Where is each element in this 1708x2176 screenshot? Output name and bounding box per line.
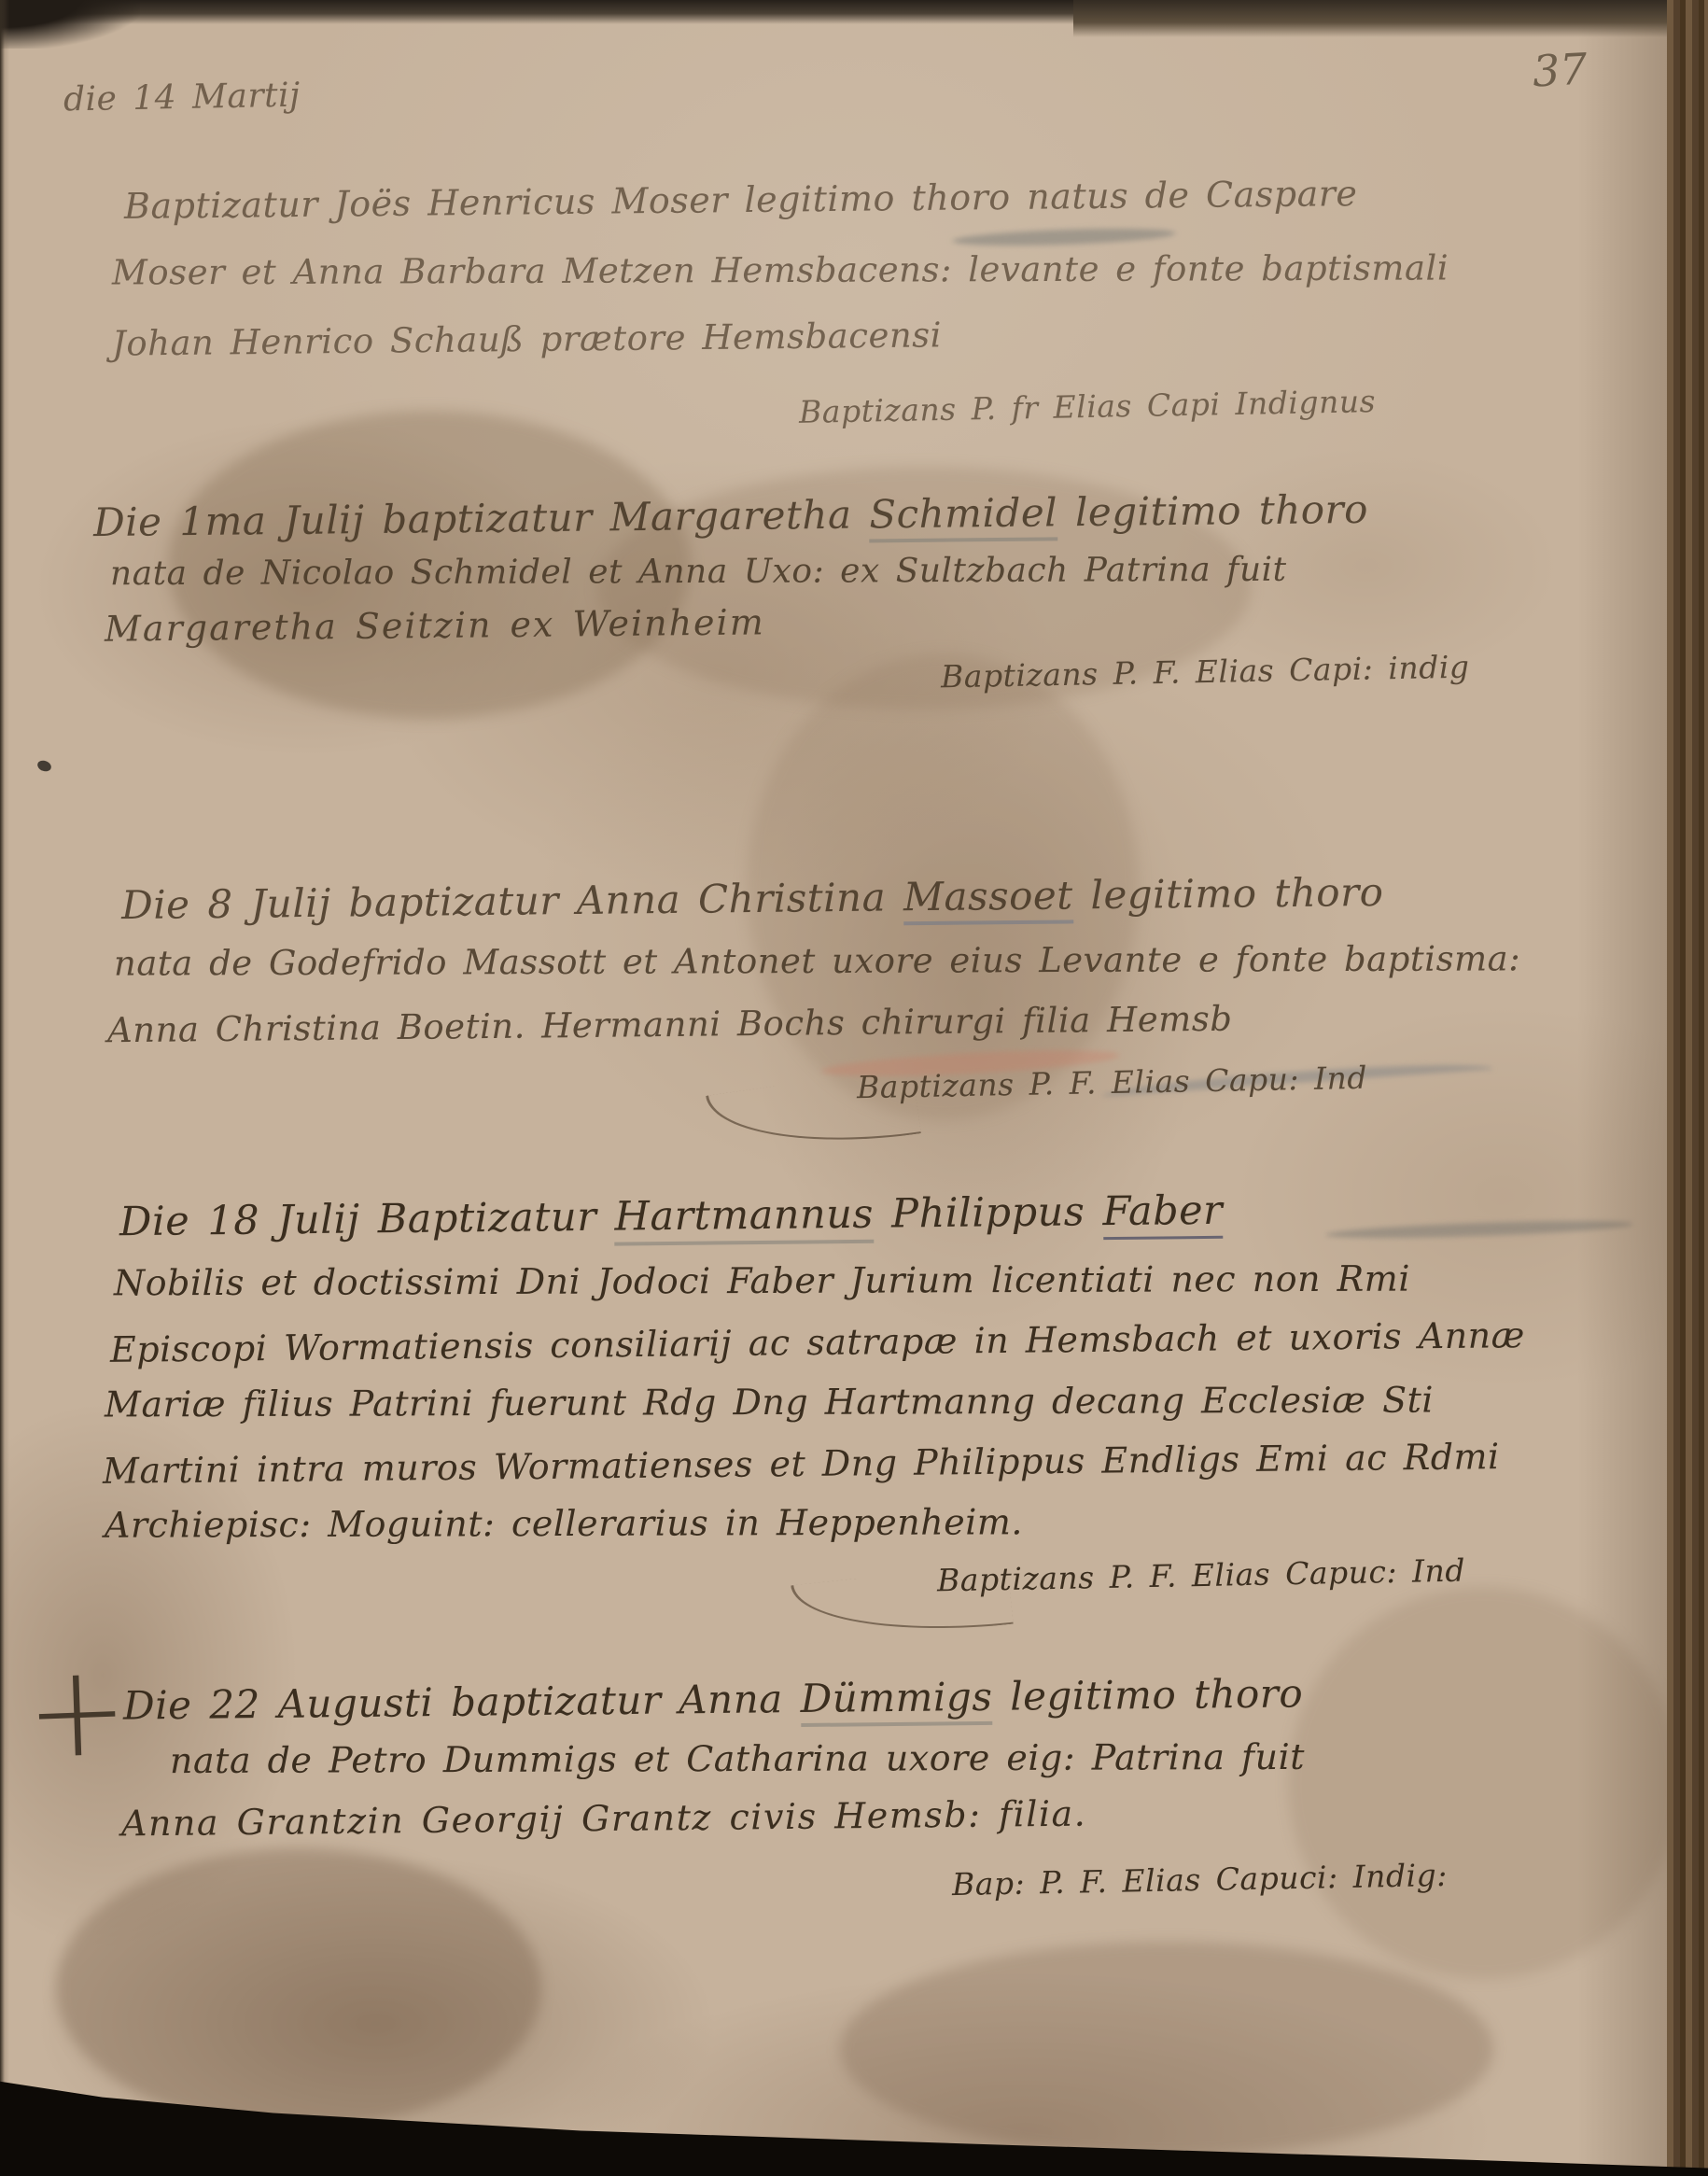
book-left-edge <box>0 0 9 2176</box>
page-curl-shadow <box>1577 0 1671 2176</box>
entry5-underlined-surname: Dümmigs <box>800 1674 992 1727</box>
book-top-edge-right <box>1073 0 1708 37</box>
entry4-line4: Mariæ filius Patrini fuerunt Rdg Dng Har… <box>105 1380 1434 1425</box>
entry3-line1-pre: Die 8 Julij baptizatur Anna Christina <box>121 874 903 928</box>
folio-number: 37 <box>1532 44 1589 97</box>
entry3-underlined-surname: Massoet <box>903 872 1073 925</box>
entry5-line1-post: legitimo thoro <box>992 1670 1303 1719</box>
stain-blotch <box>840 1942 1493 2156</box>
margin-date: die 14 Martij <box>63 77 301 119</box>
margin-cross-mark: + <box>24 1646 130 1776</box>
entry4-underlined-name2: Faber <box>1102 1187 1223 1240</box>
entry2-line1-pre: Die 1ma Julij baptizatur Margaretha <box>93 491 870 545</box>
book-top-corner <box>0 0 140 49</box>
entry4-line6: Archiepisc: Moguint: cellerarius in Hepp… <box>105 1501 1023 1545</box>
entry3-line2: nata de Godefrido Massott et Antonet uxo… <box>114 938 1520 983</box>
entry3-line1-post: legitimo thoro <box>1072 869 1383 918</box>
entry2-line3: Margaretha Seitzin ex Weinheim <box>105 601 765 649</box>
manuscript-scan: 37 die 14 Martij Baptizatur Joës Henricu… <box>0 0 1708 2176</box>
entry2-line2: nata de Nicolao Schmidel et Anna Uxo: ex… <box>110 551 1287 593</box>
entry2-line1-post: legitimo thoro <box>1057 486 1368 535</box>
book-fore-edge <box>1667 0 1708 2176</box>
stain-blotch <box>56 1848 541 2128</box>
entry2-underlined-surname: Schmidel <box>869 489 1057 542</box>
entry4-underlined-name1: Hartmannus <box>614 1191 874 1246</box>
entry5-line1-pre: Die 22 Augusti baptizatur Anna <box>123 1676 801 1729</box>
entry4-line1-pre: Die 18 Julij Baptizatur <box>119 1194 615 1246</box>
entry4-line2: Nobilis et doctissimi Dni Jodoci Faber J… <box>114 1258 1410 1304</box>
entry5-line2: nata de Petro Dummigs et Catharina uxore… <box>170 1736 1305 1781</box>
entry4-line1-mid: Philippus <box>874 1188 1103 1238</box>
entry1-line2: Moser et Anna Barbara Metzen Hemsbacens:… <box>112 248 1449 293</box>
